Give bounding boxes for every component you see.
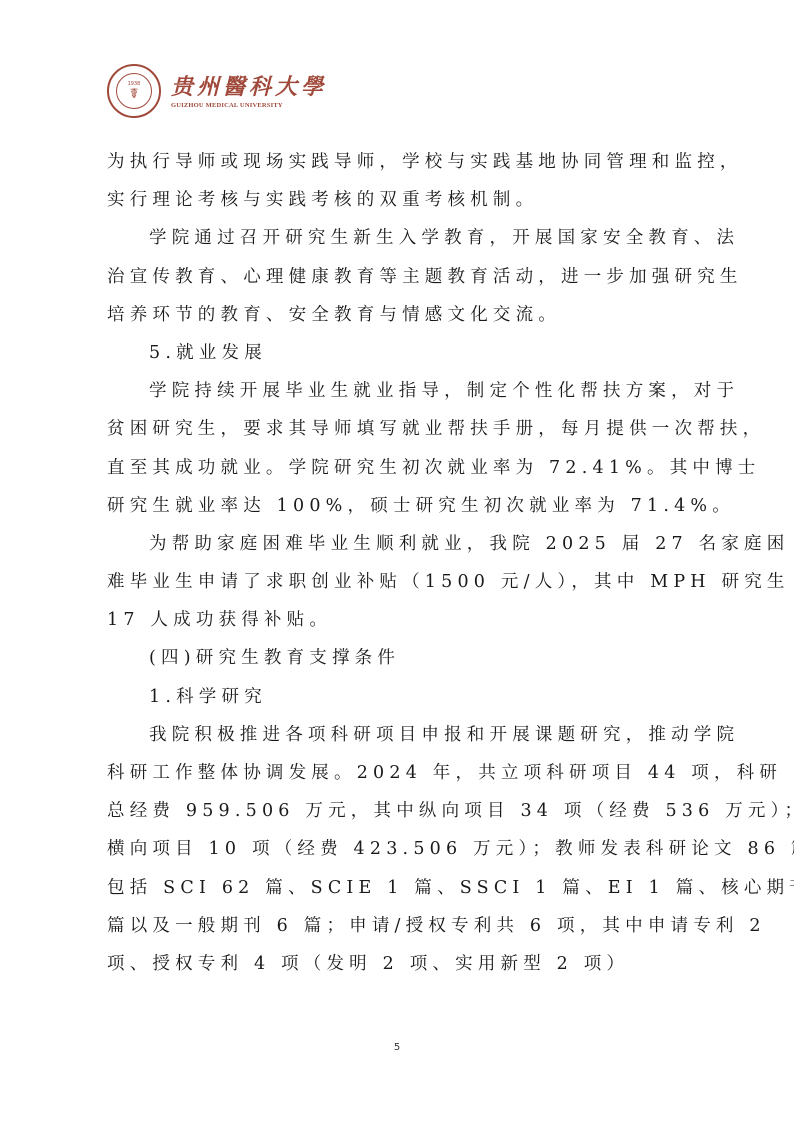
text-line: 贫困研究生，要求其导师填写就业帮扶手册，每月提供一次帮扶， [107,410,691,448]
university-logo-text: 贵州醫科大學 GUIZHOU MEDICAL UNIVERSITY [171,74,327,109]
text-line: 治宣传教育、心理健康教育等主题教育活动，进一步加强研究生 [107,258,691,296]
paragraph-start: 我院积极推进各项科研项目申报和开展课题研究，推动学院 [107,716,691,754]
text-line: 横向项目 10 项（经费 423.506 万元）；教师发表科研论文 86 篇， [107,830,691,868]
caduceus-icon: ☤ [129,87,138,101]
document-header: 1938 ☤ 贵州醫科大學 GUIZHOU MEDICAL UNIVERSITY [107,63,327,119]
paragraph-start: 为帮助家庭困难毕业生顺利就业，我院 2025 届 27 名家庭困 [107,525,691,563]
section-heading-research: 1.科学研究 [107,678,691,716]
text-line: 17 人成功获得补贴。 [107,601,691,639]
text-line: 包括 SCI 62 篇、SCIE 1 篇、SSCI 1 篇、EI 1 篇、核心期… [107,869,691,907]
document-body: 为执行导师或现场实践导师，学校与实践基地协同管理和监控， 实行理论考核与实践考核… [107,143,691,983]
text-line: 为执行导师或现场实践导师，学校与实践基地协同管理和监控， [107,143,691,181]
seal-inner: 1938 ☤ [116,73,152,109]
text-line: 难毕业生申请了求职创业补贴（1500 元/人），其中 MPH 研究生 [107,563,691,601]
page-number: 5 [0,1042,794,1053]
paragraph-start: 学院持续开展毕业生就业指导，制定个性化帮扶方案，对于 [107,372,691,410]
text-line: 实行理论考核与实践考核的双重考核机制。 [107,181,691,219]
university-seal-icon: 1938 ☤ [107,64,161,118]
text-line: 科研工作整体协调发展。2024 年，共立项科研项目 44 项，科研 [107,754,691,792]
text-line: 直至其成功就业。学院研究生初次就业率为 72.41%。其中博士 [107,449,691,487]
text-line: 项、授权专利 4 项（发明 2 项、实用新型 2 项） [107,945,691,983]
paragraph-start: 学院通过召开研究生新生入学教育，开展国家安全教育、法 [107,219,691,257]
section-heading-support-conditions: (四)研究生教育支撑条件 [107,639,691,677]
section-heading-employment: 5.就业发展 [107,334,691,372]
text-line: 研究生就业率达 100%，硕士研究生初次就业率为 71.4%。 [107,487,691,525]
text-line: 总经费 959.506 万元，其中纵向项目 34 项（经费 536 万元）； [107,792,691,830]
text-line: 篇以及一般期刊 6 篇；申请/授权专利共 6 项，其中申请专利 2 [107,907,691,945]
university-name-en: GUIZHOU MEDICAL UNIVERSITY [171,102,327,109]
text-line: 培养环节的教育、安全教育与情感文化交流。 [107,296,691,334]
university-name-cn: 贵州醫科大學 [171,74,327,100]
